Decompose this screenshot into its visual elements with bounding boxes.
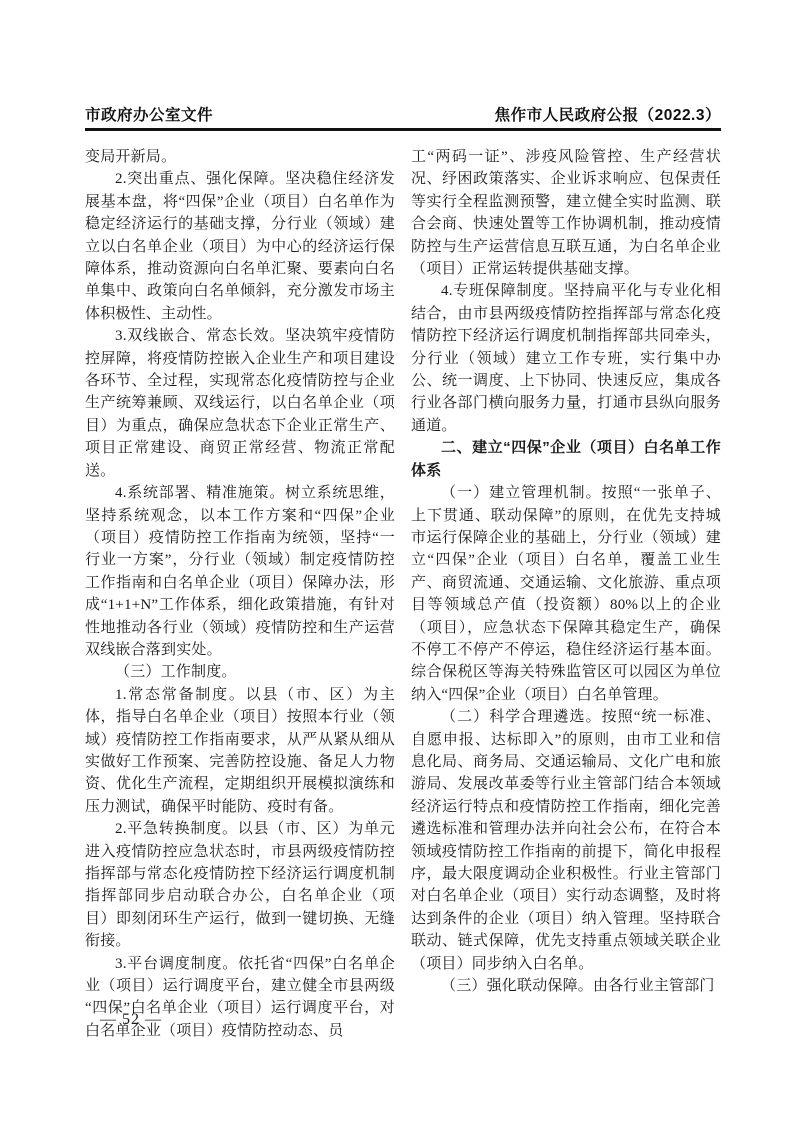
paragraph: 3.双线嵌合、常态长效。坚决筑牢疫情防控屏障，将疫情防控嵌入企业生产和项目建设各… (85, 325, 395, 482)
paragraph: （三）强化联动保障。由各行业主管部门 (411, 975, 721, 997)
header-divider (85, 128, 721, 131)
paragraph: 4.系统部署、精准施策。树立系统思维，坚持系统观念，以本工作方案和“四保”企业（… (85, 482, 395, 661)
header-left-title: 市政府办公室文件 (85, 103, 213, 125)
body-columns: 变局开新局。2.突出重点、强化保障。坚决稳住经济发展基本盘，将“四保”企业（项目… (85, 146, 721, 1042)
paragraph: （一）建立管理机制。按照“一张单子、上下贯通、联动保障”的原则，在优先支持城市运… (411, 482, 721, 706)
paragraph: 1.常态常备制度。以县（市、区）为主体，指导白名单企业（项目）按照本行业（领域）… (85, 684, 395, 818)
left-column: 变局开新局。2.突出重点、强化保障。坚决稳住经济发展基本盘，将“四保”企业（项目… (85, 146, 395, 1042)
paragraph: （二）科学合理遴选。按照“统一标准、自愿申报、达标即入”的原则，由市工业和信息化… (411, 706, 721, 975)
paragraph: 2.突出重点、强化保障。坚决稳住经济发展基本盘，将“四保”企业（项目）白名单作为… (85, 168, 395, 325)
paragraph: 2.平急转换制度。以县（市、区）为单元进入疫情防控应急状态时，市县两级疫情防控指… (85, 818, 395, 952)
paragraph: 工“两码一证”、涉疫风险管控、生产经营状况、纾困政策落实、企业诉求响应、包保责任… (411, 146, 721, 280)
page-header: 市政府办公室文件 焦作市人民政府公报（2022.3） (85, 103, 721, 125)
paragraph: 4.专班保障制度。坚持扁平化与专业化相结合，由市县两级疫情防控指挥部与常态化疫情… (411, 280, 721, 437)
page-number: — 52 — (100, 1011, 162, 1029)
paragraph: 变局开新局。 (85, 146, 395, 168)
right-column: 工“两码一证”、涉疫风险管控、生产经营状况、纾困政策落实、企业诉求响应、包保责任… (411, 146, 721, 1042)
section-heading: 二、建立“四保”企业（项目）白名单工作体系 (411, 437, 721, 482)
header-right-title: 焦作市人民政府公报（2022.3） (495, 103, 721, 125)
document-page: 市政府办公室文件 焦作市人民政府公报（2022.3） 变局开新局。2.突出重点、… (0, 0, 793, 1122)
paragraph: （三）工作制度。 (85, 661, 395, 683)
